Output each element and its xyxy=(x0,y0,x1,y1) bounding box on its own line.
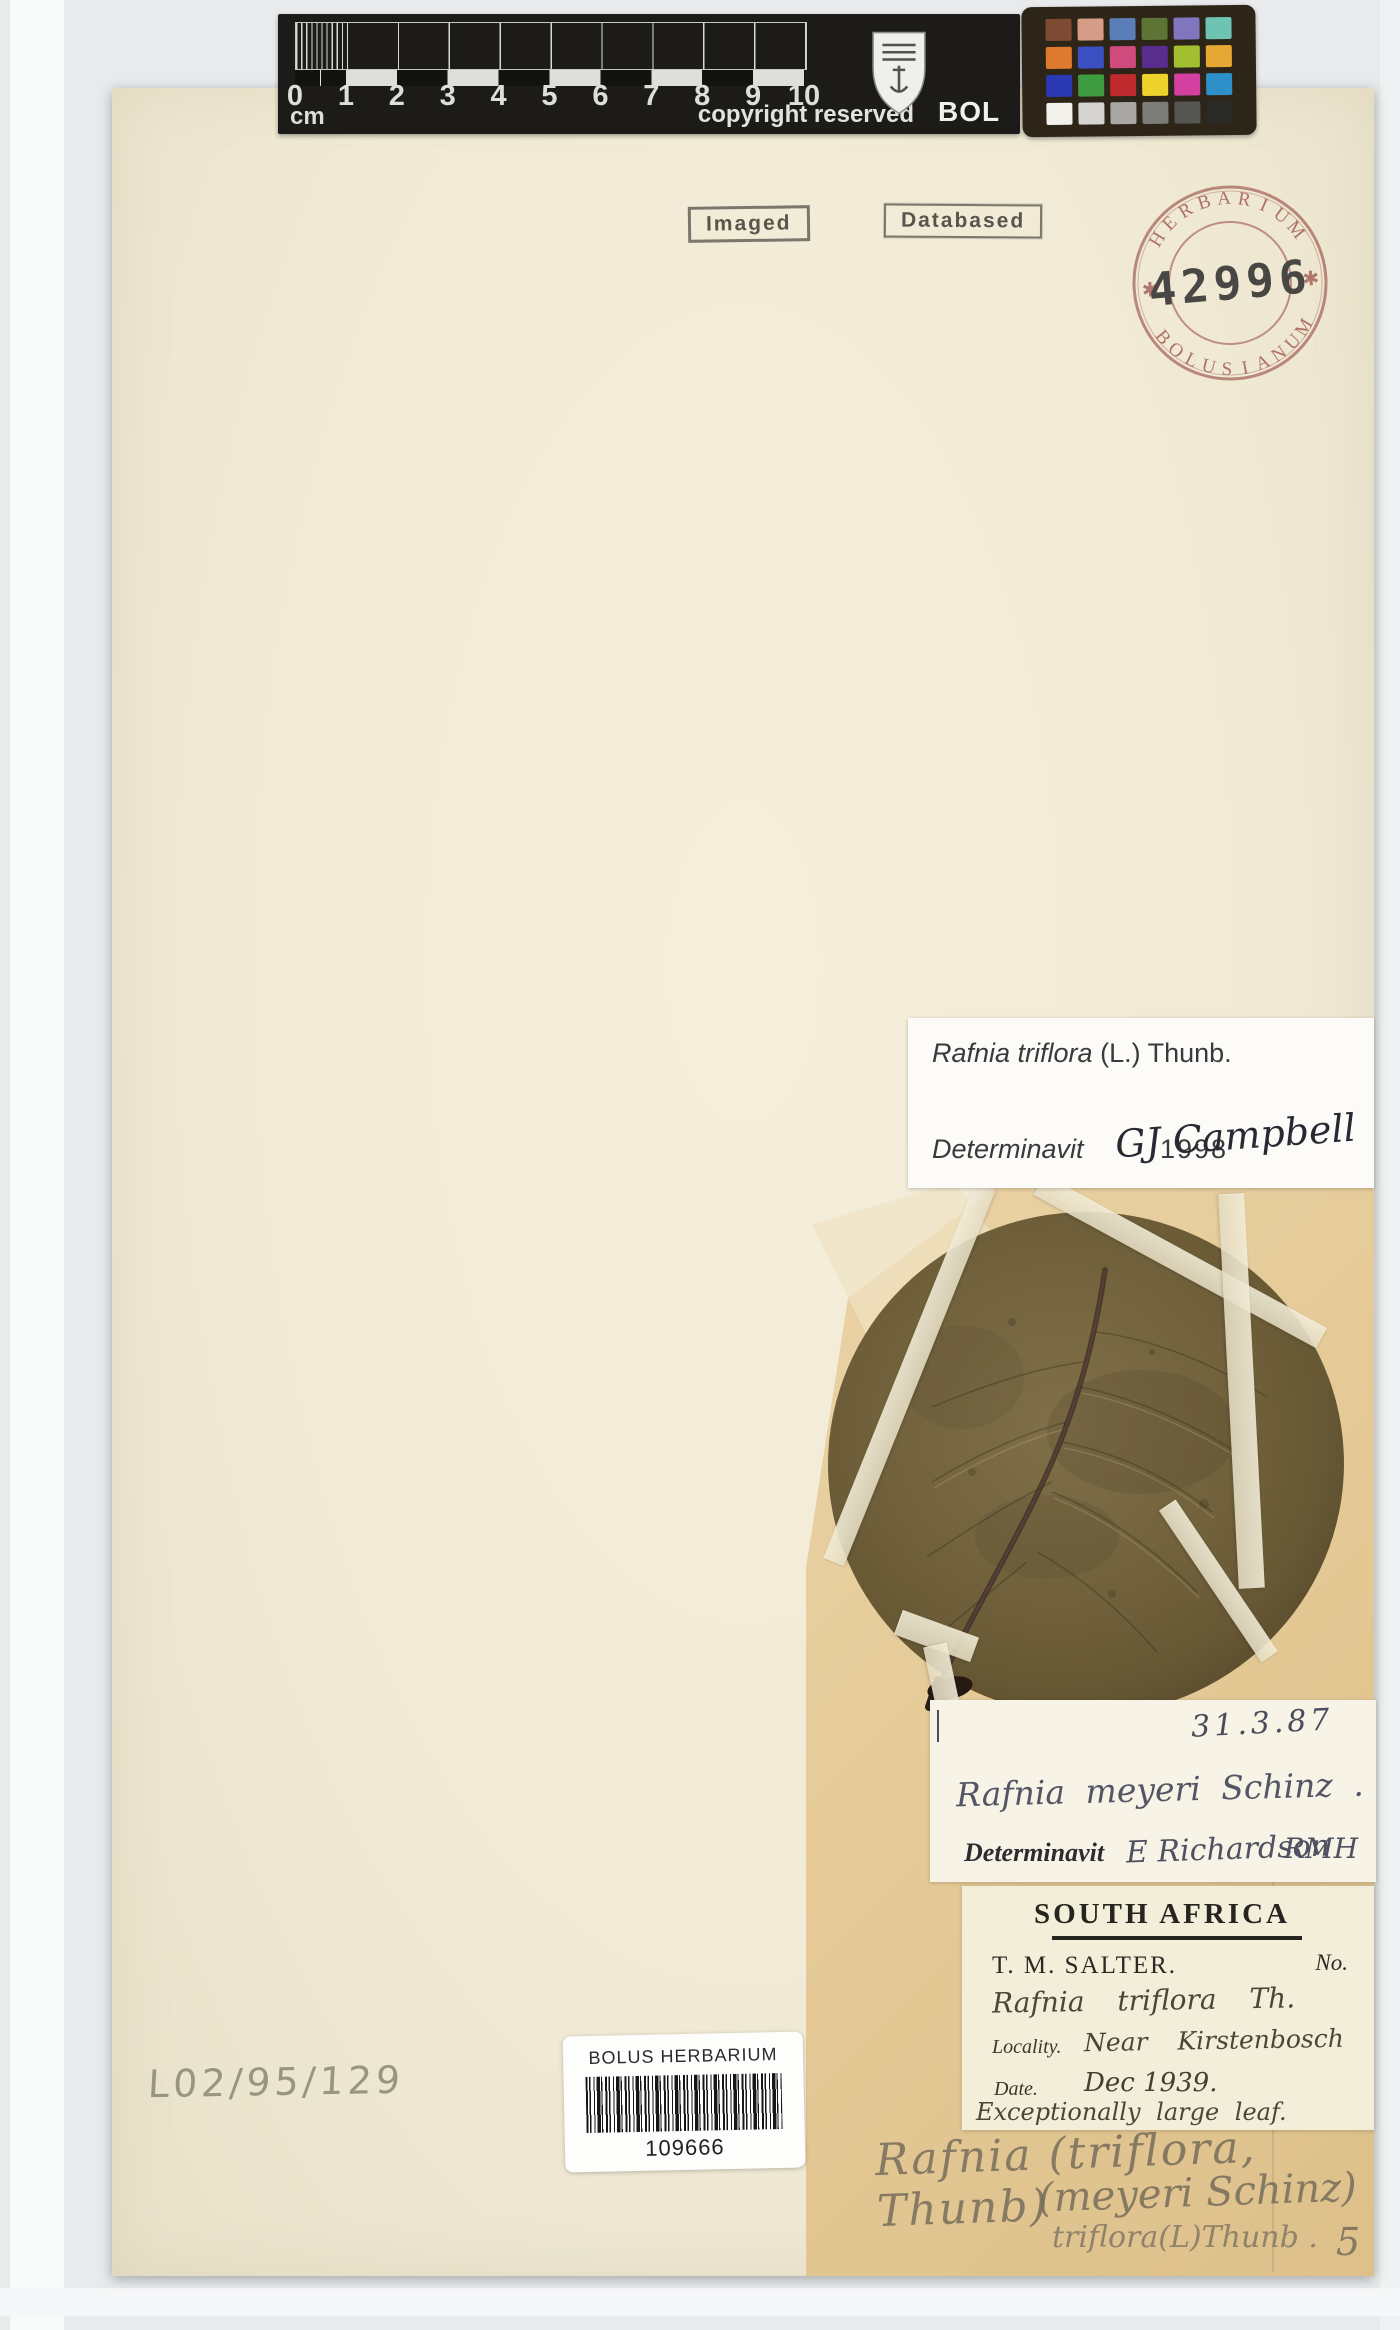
color-patch xyxy=(1142,102,1168,124)
scale-number: 2 xyxy=(389,80,405,113)
stamp-arc-letter: R xyxy=(1236,188,1252,211)
color-patch xyxy=(1045,19,1071,41)
pencil-revision-line3: triflora(L)Thunb . xyxy=(1052,2220,1318,2255)
color-patch xyxy=(1174,101,1200,123)
annotation-date: 31.3.87 xyxy=(1191,1702,1335,1744)
scan-background-strip xyxy=(1380,0,1400,2330)
imaged-stamp: Imaged xyxy=(688,205,810,243)
scale-number: 6 xyxy=(592,80,608,113)
species-name: Rafnia triflora (L.) Thunb. xyxy=(932,1038,1232,1069)
color-patch xyxy=(1206,45,1232,67)
handwritten-date: Dec 1939. xyxy=(1084,2068,1218,2098)
locality-field-label: Locality. xyxy=(992,2036,1061,2059)
country-title: SOUTH AFRICA xyxy=(962,1898,1362,1931)
color-patch xyxy=(1142,46,1168,68)
bol-logo-label: BOL xyxy=(938,96,1000,128)
determinavit-label: Determinavit xyxy=(964,1838,1104,1868)
stamp-arc-letter: M xyxy=(1282,217,1309,243)
color-patch xyxy=(1110,74,1136,96)
sheet-number: 5 xyxy=(1336,2220,1360,2264)
number-field-label: No. xyxy=(1315,1950,1348,1976)
stamp-arc-letter: E xyxy=(1158,212,1181,235)
color-patch xyxy=(1205,17,1231,39)
color-patch xyxy=(1109,18,1135,40)
annotation-species-name: Rafnia meyeri Schinz . xyxy=(956,1765,1365,1815)
determiner-initials: RMH xyxy=(1284,1832,1358,1865)
collection-label: SOUTH AFRICA T. M. SALTER. No. Rafnia tr… xyxy=(962,1886,1374,2130)
scale-bar-ticks xyxy=(295,22,807,70)
color-patch xyxy=(1046,47,1072,69)
color-patch xyxy=(1078,102,1104,124)
barcode xyxy=(585,2073,782,2133)
color-patch xyxy=(1142,74,1168,96)
color-patch xyxy=(1046,75,1072,97)
scan-background-strip xyxy=(10,0,64,2330)
pencil-filing-code: L02/95/129 xyxy=(147,2058,405,2107)
color-patch xyxy=(1173,17,1199,39)
color-patch xyxy=(1077,18,1103,40)
determinavit-label: Determinavit xyxy=(932,1134,1084,1165)
leaf-specimen xyxy=(812,1172,1372,1732)
stamp-arc-letter: U xyxy=(1199,355,1218,379)
scale-number: 3 xyxy=(440,80,456,113)
stamp-arc-letter: I xyxy=(1240,357,1250,379)
accession-number: 42996 xyxy=(1146,249,1314,317)
scan-background-strip xyxy=(0,2288,1400,2316)
handwritten-species: Rafnia triflora Th. xyxy=(992,1981,1296,2019)
color-patch xyxy=(1206,73,1232,95)
color-patch-grid xyxy=(1045,17,1232,125)
collector-name: T. M. SALTER. xyxy=(992,1952,1177,1980)
databased-stamp: Databased xyxy=(884,203,1042,238)
determiner-signature: GJ Campbell xyxy=(1114,1106,1357,1167)
scale-unit-label: cm xyxy=(290,103,325,131)
color-patch xyxy=(1174,45,1200,67)
institution-name: BOLUS HERBARIUM xyxy=(563,2043,803,2069)
color-patch xyxy=(1078,74,1104,96)
barcode-number: 109666 xyxy=(565,2132,805,2163)
herbarium-scan: 012345678910 cm copyright reserved BOL I… xyxy=(0,0,1400,2330)
stamp-arc-letter: S xyxy=(1221,359,1232,380)
color-patch xyxy=(1206,101,1232,123)
stamp-arc-letter: B xyxy=(1195,191,1213,215)
handwritten-locality: Near Kirstenbosch xyxy=(1084,2024,1344,2058)
annotation-label-1987: 31.3.87 Rafnia meyeri Schinz . Determina… xyxy=(930,1700,1376,1882)
university-crest-icon xyxy=(870,28,928,120)
scale-bar: 012345678910 cm copyright reserved BOL xyxy=(278,14,1020,134)
color-patch xyxy=(1110,102,1136,124)
color-patch xyxy=(1046,103,1072,125)
stamp-arc-letter: I xyxy=(1257,195,1271,217)
barcode-label: BOLUS HERBARIUM 109666 xyxy=(563,2032,806,2173)
scale-number: 4 xyxy=(491,80,507,113)
title-underline xyxy=(1052,1936,1302,1940)
color-patch xyxy=(1174,73,1200,95)
determination-label-1998: Rafnia triflora (L.) Thunb. Determinavit… xyxy=(908,1018,1374,1188)
color-patch xyxy=(1141,18,1167,40)
color-patch xyxy=(1078,46,1104,68)
color-calibration-card xyxy=(1021,5,1256,137)
scale-number: 7 xyxy=(643,80,659,113)
stamp-arc-letter: A xyxy=(1217,188,1232,210)
color-patch xyxy=(1110,46,1136,68)
scale-number: 1 xyxy=(338,80,354,113)
stamp-arc-letter: R xyxy=(1175,198,1197,223)
pen-mark xyxy=(937,1710,939,1742)
scale-bar-mm-ticks xyxy=(296,23,347,69)
accession-stamp: ✱ ✱ 42996 HERBARIUMBOLUSIANUM xyxy=(1123,176,1336,389)
scale-number: 5 xyxy=(541,80,557,113)
